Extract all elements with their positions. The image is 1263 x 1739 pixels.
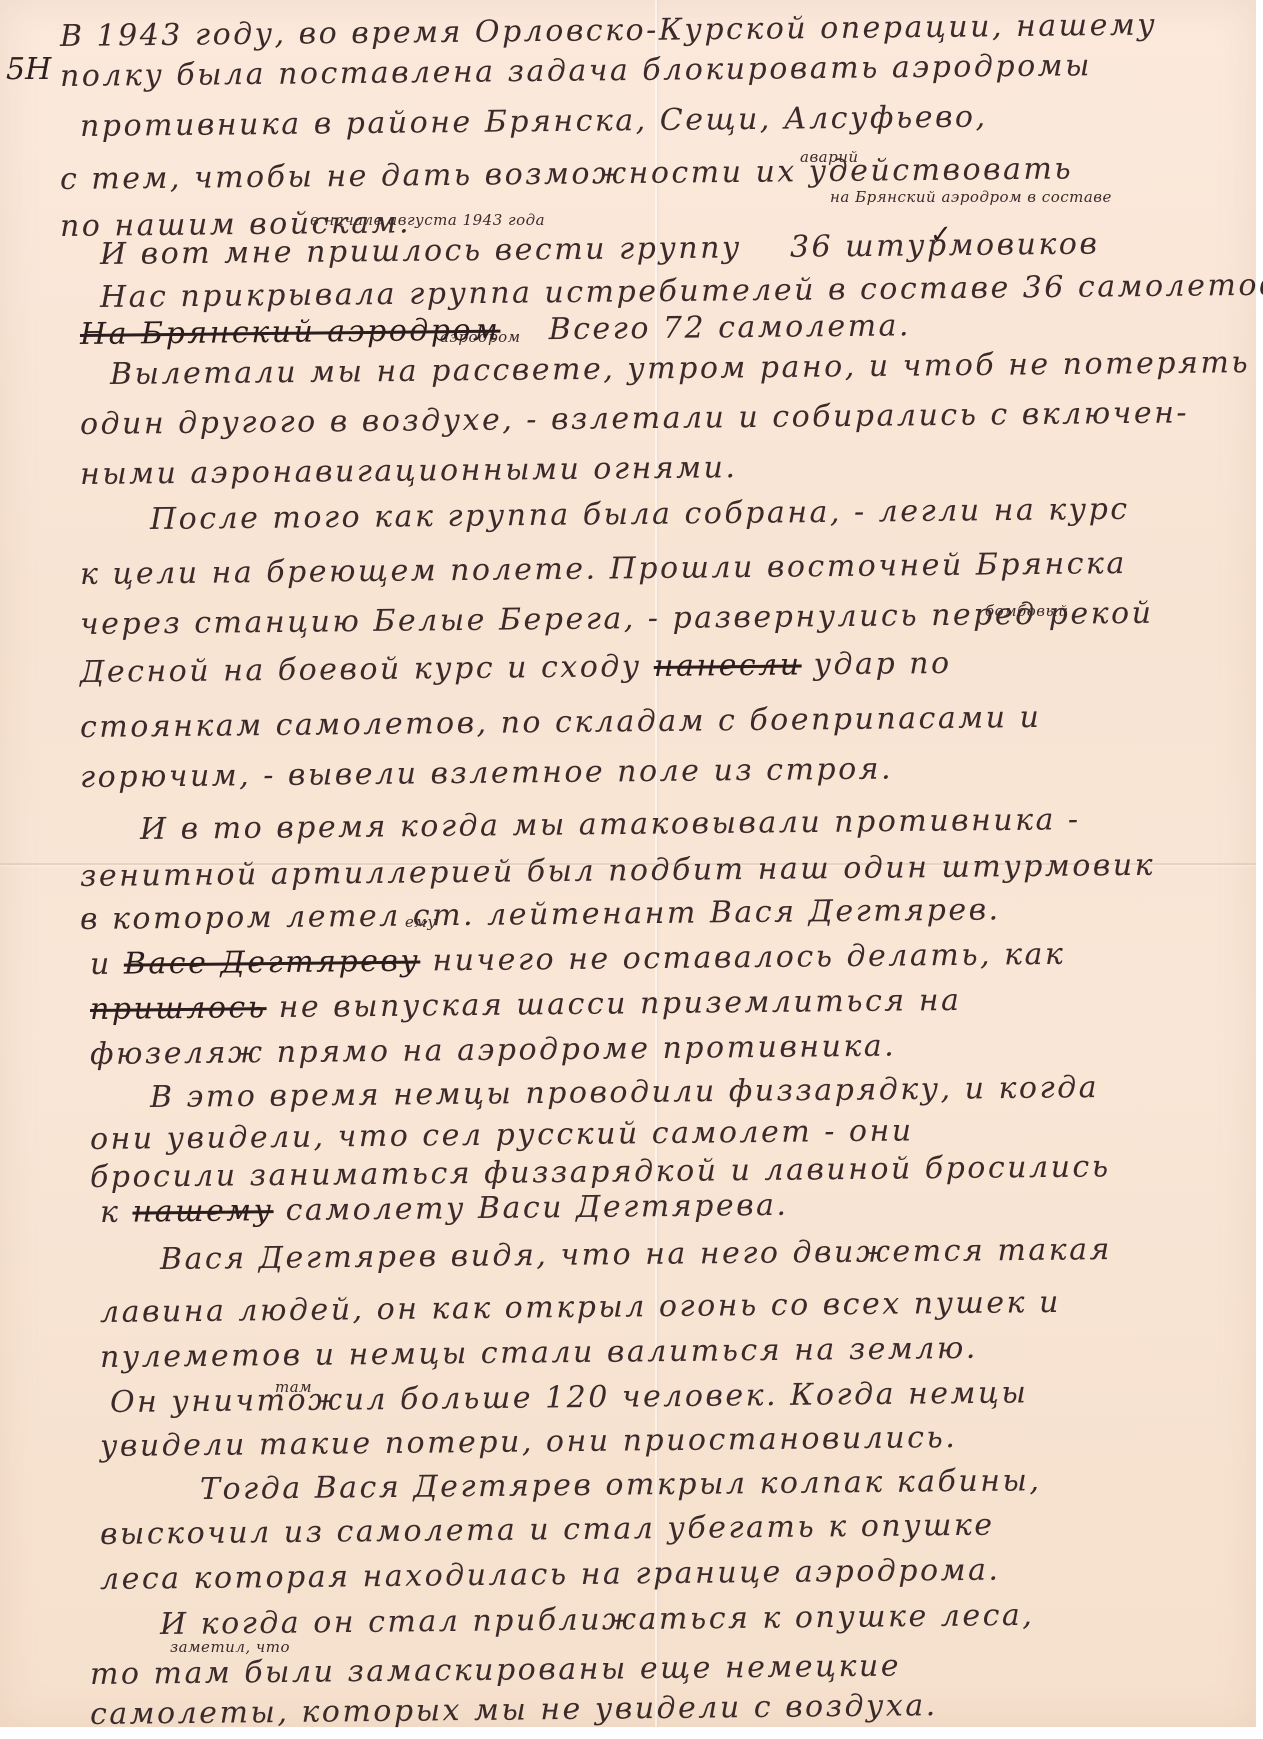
margin-note: 5Н [6,52,51,87]
insertion-text: заметил, что [170,1640,290,1655]
letter-line: И вот мне пришлось вести группу 36 штурм… [100,230,1100,270]
letter-line: увидели такие потери, они приостановилис… [100,1423,958,1462]
insertion-text: на Брянский аэродром в составе [830,190,1112,205]
letter-line: зенитной артиллерией был подбит наш один… [80,851,1155,892]
letter-line: Вылетали мы на рассвете, утром рано, и ч… [110,348,1250,390]
letter-line: ными аэронавигационными огнями. [80,453,738,490]
letter-line: самолеты, которых мы не увидели с воздух… [90,1691,938,1730]
letter-line: к цели на бреющем полете. Прошли восточн… [80,549,1127,590]
letter-paper: 5Н аварий на Брянский аэродром в составе… [0,0,1256,1727]
letter-line: через станцию Белые Берега, - развернули… [80,599,1154,640]
letter-line: горючим, - вывели взлетное поле из строя… [80,754,893,793]
letter-line: и Васе Дегтяреву ничего не оставалось де… [90,940,1066,980]
letter-line: В 1943 году, во время Орловско-Курской о… [60,11,1157,52]
letter-line: противника в районе Брянска, Сещи, Алсуф… [80,102,988,142]
letter-line: бросили заниматься физзарядкой и лавиной… [90,1152,1111,1193]
letter-line: Десной на боевой курс и сходу нанесли уд… [80,649,952,688]
letter-line: они увидели, что сел русский самолет - о… [90,1116,914,1155]
letter-line: В это время немцы проводили физзарядку, … [150,1073,1099,1113]
letter-line: Тогда Вася Дегтярев открыл колпак кабины… [200,1466,1042,1505]
letter-line: к нашему самолету Васи Дегтярева. [100,1191,789,1228]
letter-line: стоянкам самолетов, по складам с боеприп… [80,703,1042,743]
letter-line: Он уничтожил больше 120 человек. Когда н… [110,1378,1029,1418]
letter-line: И в то время когда мы атаковывали против… [140,805,1081,845]
letter-line: один другого в воздухе, - взлетали и соб… [80,398,1189,440]
letter-line: полку была поставлена задача блокировать… [60,51,1092,92]
letter-line: Вася Дегтярев видя, что на него движется… [160,1235,1112,1275]
letter-line: то там были замаскированы еще немецкие [90,1652,901,1690]
letter-line: фюзеляж прямо на аэродроме противника. [90,1032,897,1070]
letter-line: выскочил из самолета и стал убегать к оп… [100,1511,995,1550]
letter-line: пришлось не выпуская шасси приземлиться … [90,986,962,1025]
letter-line: Нас прикрывала группа истребителей в сос… [100,271,1263,313]
letter-line: пулеметов и немцы стали валиться на земл… [100,1334,978,1373]
letter-line: После того как группа была собрана, - ле… [150,495,1130,535]
letter-line: На Брянский аэродром Всего 72 самолета. [80,311,911,350]
letter-line: лавина людей, он как открыл огонь со все… [100,1288,1061,1328]
letter-line: И когда он стал приближаться к опушке ле… [160,1601,1035,1640]
letter-line: леса которая находилась на границе аэрод… [100,1556,1001,1595]
letter-line: в котором летел ст. лейтенант Вася Дегтя… [80,895,1001,935]
